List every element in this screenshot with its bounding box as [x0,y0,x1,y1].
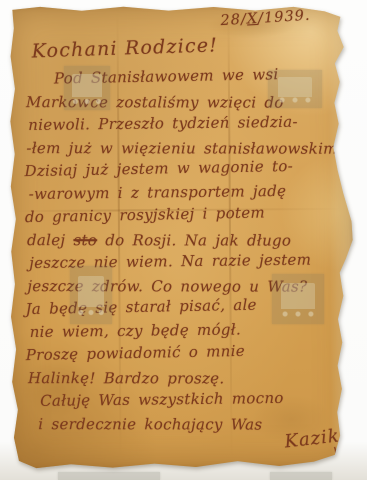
date-day: 28/ [220,12,247,30]
letter-body: Pod Stanisławowem we wsi Markowce zostal… [24,66,351,436]
watermark-arch-dots [76,308,106,317]
letter-line: niewoli. Przeszło tydzień siedzia- [28,110,352,137]
strike-line-post: do Rosji. Na jak długo [97,231,291,249]
archive-watermark archive-stamp-icon [268,70,322,108]
archive-watermark-partial [58,472,160,480]
archive-watermark-partial [270,472,332,480]
watermark-arch-dots [279,310,316,318]
watermark-building-glyph [72,74,101,97]
letter-date: 28/X/1939. [220,8,311,29]
letter-line: Całuję Was wszystkich mocno [30,386,354,413]
letter-salutation: Kochani Rodzice! [31,34,218,62]
date-year: /1939. [258,8,311,27]
letter-line: Proszę powiadomić o mnie [26,338,350,367]
watermark-building-glyph [281,283,314,309]
archive-watermark archive-stamp-icon [272,274,324,324]
watermark-building-glyph [78,276,105,306]
strikethrough-word: sto [73,231,97,249]
letter-line: do granicy rosyjskiej i potem [25,200,349,229]
date-month-roman-numeral: X [246,11,258,28]
archive-watermark archive-stamp-icon [64,66,110,110]
strike-line-pre: dalej [27,231,73,249]
letter-scan-photo: 28/X/1939. Kochani Rodzice! Pod Stanisła… [0,0,367,480]
letter-line: Dzisiaj już jestem w wagonie to- [24,154,348,183]
watermark-building-glyph [278,77,313,97]
watermark-arch-dots [70,98,103,105]
archive-watermark archive-stamp-icon [70,266,112,324]
watermark-arch-dots [276,97,315,103]
